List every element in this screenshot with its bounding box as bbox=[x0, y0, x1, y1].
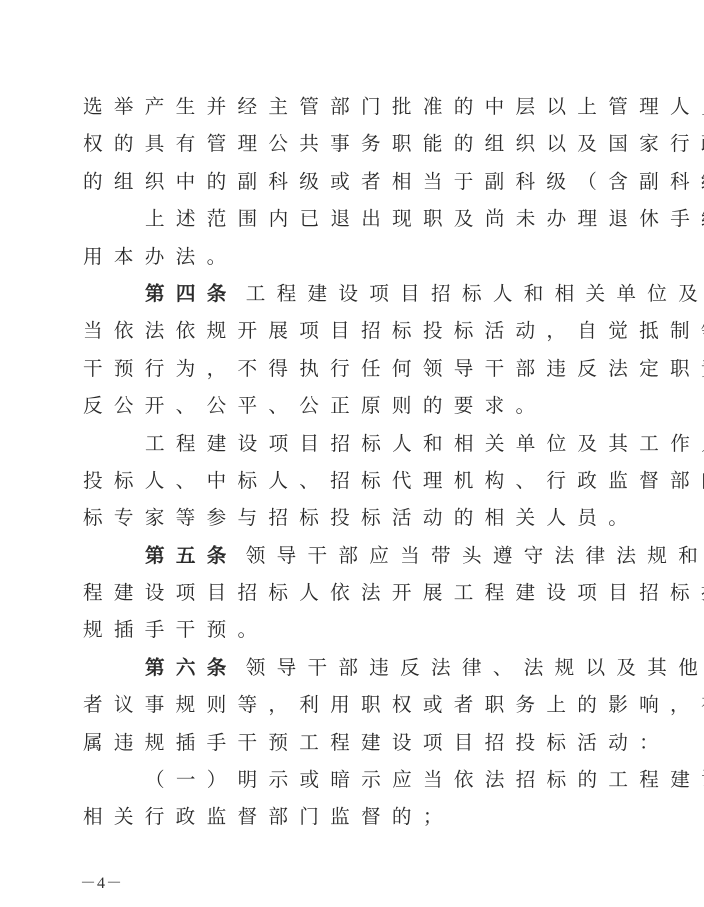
text-span: 工程建设项目招标人和相关单位及其工作人员应 bbox=[246, 282, 704, 305]
text-line: 权的具有管理公共事务职能的组织以及国家行政机关依法委托 bbox=[83, 125, 615, 162]
text-line: 选举产生并经主管部门批准的中层以上管理人员；法律、法规授 bbox=[83, 88, 615, 125]
article-label: 第六条 bbox=[145, 656, 238, 679]
article-6: 第六条领导干部违反法律、法规以及其他政策性规定或 者议事规则等，利用职权或者职务… bbox=[83, 649, 615, 761]
paragraph-retired-cadres: 上述范围内已退出现职及尚未办理退休手续的领导干部，适 用本办法。 bbox=[83, 200, 615, 275]
text-span: 领导干部违反法律、法规以及其他政策性规定或 bbox=[246, 656, 704, 679]
article-label: 第四条 bbox=[145, 282, 238, 305]
text-line: 工程建设项目招标人和相关单位及其工作人员包括招标人、 bbox=[83, 425, 615, 462]
text-line: 干预行为，不得执行任何领导干部违反法定职责或法定程序，违 bbox=[83, 350, 615, 387]
text-span: 领导干部应当带头遵守法律法规和规定，支持工 bbox=[246, 544, 704, 567]
list-item-1: （一）明示或暗示应当依法招标的工程建设项目不依法接受 相关行政监督部门监督的； bbox=[83, 761, 615, 836]
text-line: 反公开、公平、公正原则的要求。 bbox=[83, 387, 615, 424]
article-label: 第五条 bbox=[145, 544, 238, 567]
text-line: 相关行政监督部门监督的； bbox=[83, 798, 615, 835]
text-line: （一）明示或暗示应当依法招标的工程建设项目不依法接受 bbox=[83, 761, 615, 798]
document-page: 选举产生并经主管部门批准的中层以上管理人员；法律、法规授 权的具有管理公共事务职… bbox=[83, 88, 615, 836]
text-line: 用本办法。 bbox=[83, 238, 615, 275]
text-line: 属违规插手干预工程建设项目招投标活动： bbox=[83, 724, 615, 761]
text-line: 第四条工程建设项目招标人和相关单位及其工作人员应 bbox=[83, 275, 615, 312]
article-4-definition: 工程建设项目招标人和相关单位及其工作人员包括招标人、 投标人、中标人、招标代理机… bbox=[83, 425, 615, 537]
text-line: 标专家等参与招标投标活动的相关人员。 bbox=[83, 499, 615, 536]
paragraph-scope-continuation: 选举产生并经主管部门批准的中层以上管理人员；法律、法规授 权的具有管理公共事务职… bbox=[83, 88, 615, 200]
text-line: 者议事规则等，利用职权或者职务上的影响，存在下述行为的， bbox=[83, 686, 615, 723]
text-line: 当依法依规开展项目招标投标活动，自觉抵制领导干部违规插手 bbox=[83, 312, 615, 349]
text-line: 的组织中的副科级或者相当于副科级（含副科级）以上公职人员。 bbox=[83, 163, 615, 200]
text-line: 规插手干预。 bbox=[83, 611, 615, 648]
text-line: 上述范围内已退出现职及尚未办理退休手续的领导干部，适 bbox=[83, 200, 615, 237]
text-line: 程建设项目招标人依法开展工程建设项目招标投标活动，不得违 bbox=[83, 574, 615, 611]
article-5: 第五条领导干部应当带头遵守法律法规和规定，支持工 程建设项目招标人依法开展工程建… bbox=[83, 537, 615, 649]
text-line: 第六条领导干部违反法律、法规以及其他政策性规定或 bbox=[83, 649, 615, 686]
page-number: －4－ bbox=[80, 870, 123, 893]
text-line: 第五条领导干部应当带头遵守法律法规和规定，支持工 bbox=[83, 537, 615, 574]
text-line: 投标人、中标人、招标代理机构、行政监督部门的工作人员和评 bbox=[83, 462, 615, 499]
article-4: 第四条工程建设项目招标人和相关单位及其工作人员应 当依法依规开展项目招标投标活动… bbox=[83, 275, 615, 425]
